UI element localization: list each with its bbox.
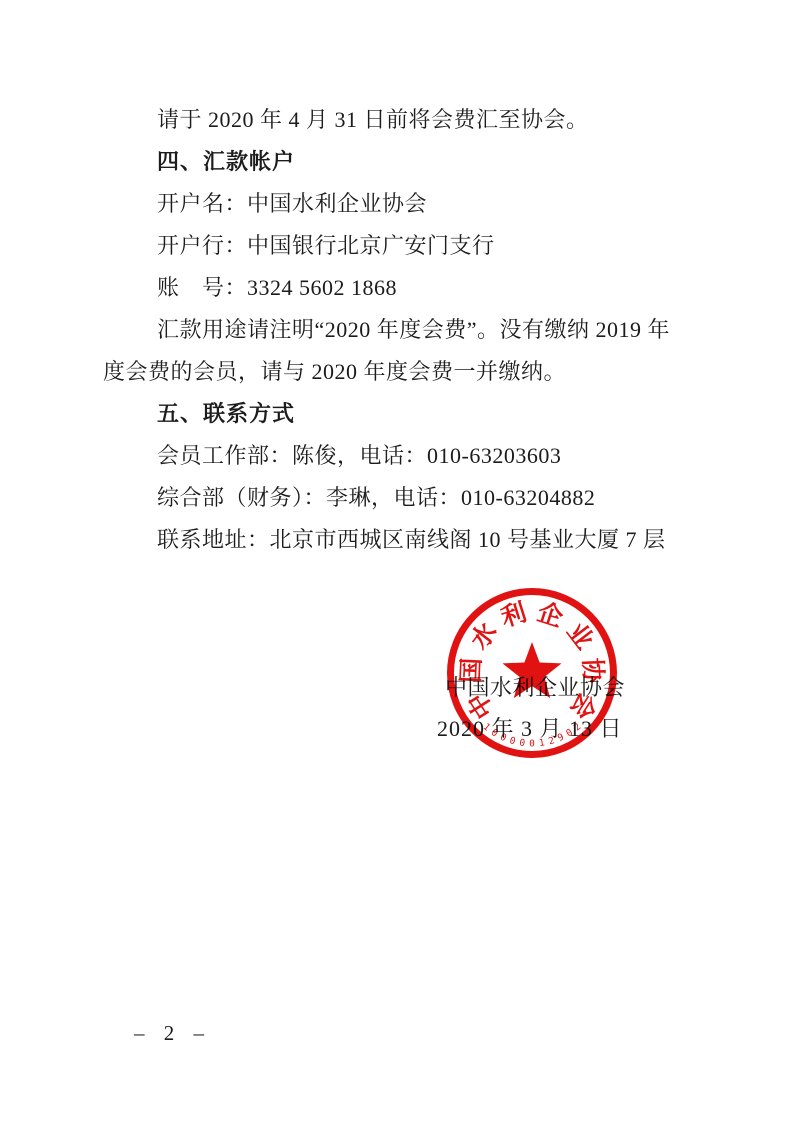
document-line: 汇款用途请注明“2020 年度会费”。没有缴纳 2019 年 bbox=[103, 309, 688, 351]
seal-code-digit: 2 bbox=[572, 721, 583, 733]
document-line: 请于 2020 年 4 月 31 日前将会费汇至协会。 bbox=[103, 99, 688, 141]
document-body: 请于 2020 年 4 月 31 日前将会费汇至协会。四、汇款帐户开户名：中国水… bbox=[103, 99, 688, 561]
document-line: 开户名：中国水利企业协会 bbox=[103, 183, 688, 225]
document-line: 综合部（财务）：李琳，电话：010-63204882 bbox=[103, 477, 688, 519]
document-line: 会员工作部：陈俊，电话：010-63203603 bbox=[103, 435, 688, 477]
seal-code-digit: 1 bbox=[538, 737, 545, 749]
seal-star-icon bbox=[503, 642, 562, 698]
seal-code-digit: 1 bbox=[481, 721, 493, 733]
seal-code-digit: 0 bbox=[529, 739, 535, 750]
seal-ring-character: 利 bbox=[498, 598, 530, 632]
seal-code-digit: 0 bbox=[564, 727, 575, 740]
document-line: 联系地址：北京市西城区南线阁 10 号基业大厦 7 层 bbox=[103, 519, 688, 561]
official-red-seal: 中国水利企业协会 10000012902 bbox=[444, 585, 620, 761]
seal-code-digit: 9 bbox=[556, 732, 566, 744]
seal-ring-character: 国 bbox=[457, 657, 486, 683]
seal-code-digit: 2 bbox=[547, 735, 556, 747]
section-heading: 五、联系方式 bbox=[103, 393, 688, 435]
document-line: 开户行：中国银行北京广安门支行 bbox=[103, 225, 688, 267]
page-number: – 2 – bbox=[134, 1021, 211, 1046]
document-line: 度会费的会员，请与 2020 年度会费一并缴纳。 bbox=[103, 351, 688, 393]
document-page: 请于 2020 年 4 月 31 日前将会费汇至协会。四、汇款帐户开户名：中国水… bbox=[0, 0, 800, 1131]
seal-code-digit: 0 bbox=[498, 732, 508, 744]
seal-ring-character: 协 bbox=[578, 657, 607, 684]
seal-code-digit: 0 bbox=[489, 727, 500, 740]
seal-code-digit: 0 bbox=[508, 735, 517, 747]
seal-code-digit: 0 bbox=[519, 737, 526, 749]
document-line: 账 号：3324 5602 1868 bbox=[103, 267, 688, 309]
section-heading: 四、汇款帐户 bbox=[103, 141, 688, 183]
seal-ring-character: 企 bbox=[534, 597, 567, 632]
